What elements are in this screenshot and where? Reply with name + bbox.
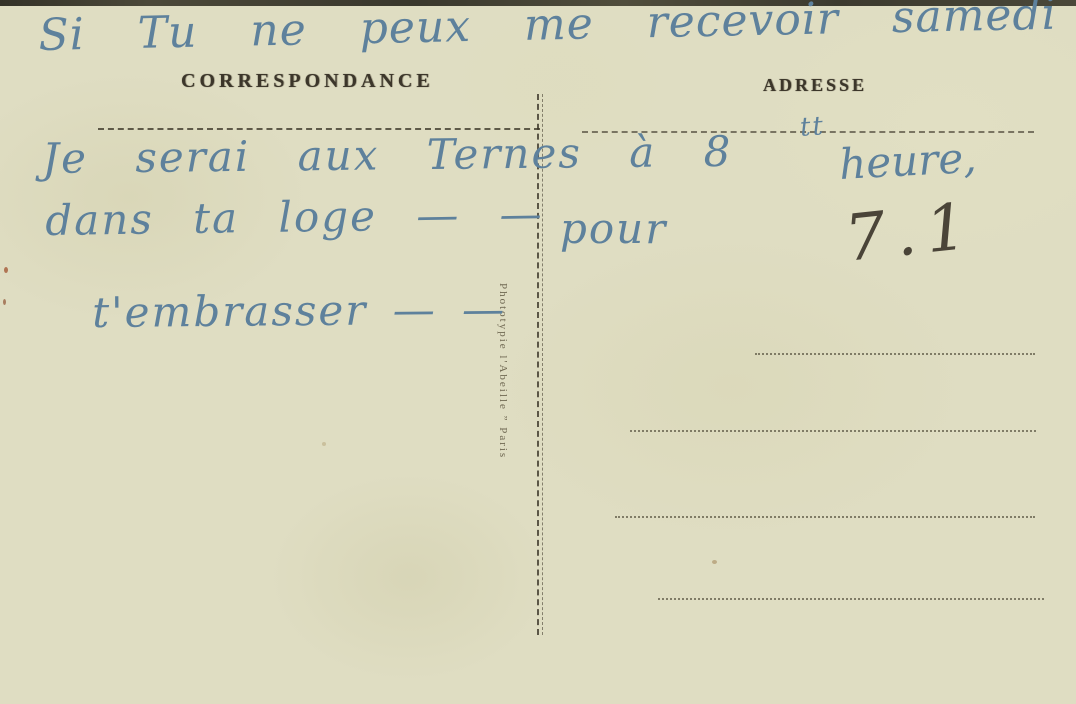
handwriting-superscript-mark: tt — [799, 111, 826, 143]
adresse-heading: ADRESSE — [763, 75, 867, 96]
handwriting-line-2-end: heure, — [838, 133, 978, 189]
handwriting-line-1: Si Tu ne peux me recevoir samedi — [38, 0, 1057, 61]
address-line-2 — [630, 430, 1036, 432]
address-line-3 — [615, 516, 1035, 518]
postcard-back: CORRESPONDANCE ADRESSE Phototypie l'Abei… — [0, 0, 1076, 704]
correspondance-heading: CORRESPONDANCE — [181, 70, 434, 93]
paper-speck — [322, 442, 326, 446]
pencil-note: 7.1 — [841, 189, 980, 276]
paper-speck — [712, 560, 717, 564]
handwriting-line-3-end: pour — [560, 204, 667, 253]
handwriting-line-3: dans ta loge — — — [45, 189, 544, 245]
handwriting-line-2: Je serai aux Ternes à 8 — [42, 127, 733, 183]
paper-speck — [3, 299, 6, 305]
address-line-1 — [755, 353, 1035, 355]
address-line-4 — [658, 598, 1044, 600]
handwriting-line-4: t'embrasser — — — [92, 284, 506, 337]
paper-speck — [4, 267, 8, 273]
